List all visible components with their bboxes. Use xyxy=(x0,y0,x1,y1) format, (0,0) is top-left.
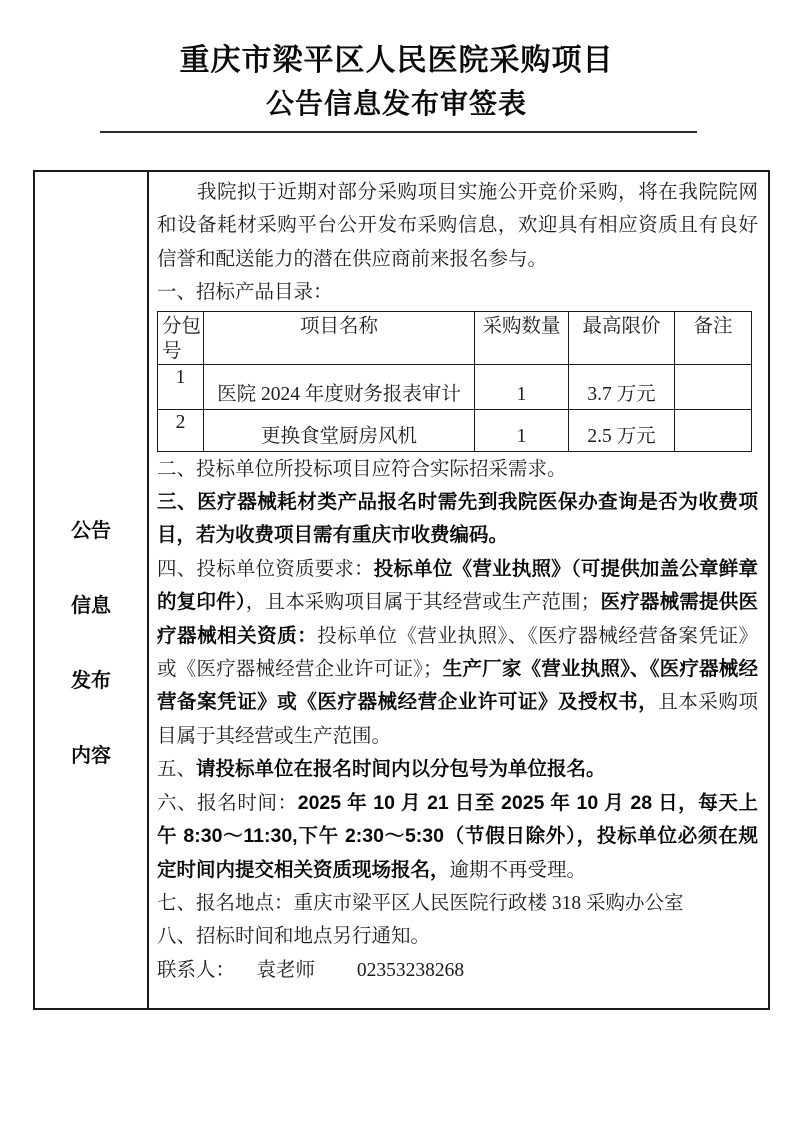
cell-package-no: 2 xyxy=(158,409,204,451)
document-page: 重庆市梁平区人民医院采购项目 公告信息发布审签表 公告 信息 发布 内容 我院拟… xyxy=(0,0,793,1122)
row-label-line: 信息 xyxy=(71,595,111,618)
cell-package-no: 1 xyxy=(158,364,204,409)
paragraph-item-6: 六、报名时间：2025 年 10 月 21 日至 2025 年 10 月 28 … xyxy=(157,787,758,887)
col-header-package-no: 分包号 xyxy=(158,311,204,364)
cell-item-name: 更换食堂厨房风机 xyxy=(204,409,475,451)
doc-title-line-2: 公告信息发布审签表 xyxy=(0,85,793,122)
cell-remark xyxy=(675,364,752,409)
cell-remark xyxy=(675,409,752,451)
cell-quantity: 1 xyxy=(475,364,569,409)
form-row-content: 我院拟于近期对部分采购项目实施公开竞价采购，将在我院院网和设备耗材采购平台公开发… xyxy=(149,172,768,1008)
cell-quantity: 1 xyxy=(475,409,569,451)
contact-label: 联系人： xyxy=(157,960,235,981)
contact-line: 联系人： 袁老师 02353238268 xyxy=(157,954,758,987)
catalog-row-1: 1 医院 2024 年度财务报表审计 1 3.7 万元 xyxy=(158,364,752,409)
doc-title-line-1: 重庆市梁平区人民医院采购项目 xyxy=(0,42,793,79)
title-underline xyxy=(100,131,697,133)
row-label-line: 发布 xyxy=(71,670,111,693)
catalog-heading: 一、招标产品目录： xyxy=(157,276,758,309)
row-label-line: 内容 xyxy=(71,745,111,768)
col-header-remark: 备注 xyxy=(675,311,752,364)
paragraph-item-5: 五、请投标单位在报名时间内以分包号为单位报名。 xyxy=(157,753,758,786)
intro-paragraph: 我院拟于近期对部分采购项目实施公开竞价采购，将在我院院网和设备耗材采购平台公开发… xyxy=(157,176,758,276)
catalog-header-row: 分包号 项目名称 采购数量 最高限价 备注 xyxy=(158,311,752,364)
row-label-line: 公告 xyxy=(71,520,111,543)
cell-max-price: 3.7 万元 xyxy=(569,364,675,409)
approval-form-table: 公告 信息 发布 内容 我院拟于近期对部分采购项目实施公开竞价采购，将在我院院网… xyxy=(33,170,770,1010)
catalog-row-2: 2 更换食堂厨房风机 1 2.5 万元 xyxy=(158,409,752,451)
paragraph-item-2: 二、投标单位所投标项目应符合实际招采需求。 xyxy=(157,453,758,486)
paragraph-item-4: 四、投标单位资质要求：投标单位《营业执照》（可提供加盖公章鲜章的复印件），且本采… xyxy=(157,553,758,753)
paragraph-item-8: 八、招标时间和地点另行通知。 xyxy=(157,920,758,953)
contact-phone: 02353238268 xyxy=(357,960,464,981)
form-row-label: 公告 信息 发布 内容 xyxy=(35,172,149,1008)
cell-item-name: 医院 2024 年度财务报表审计 xyxy=(204,364,475,409)
paragraph-item-7: 七、报名地点：重庆市梁平区人民医院行政楼 318 采购办公室 xyxy=(157,887,758,920)
col-header-item-name: 项目名称 xyxy=(204,311,475,364)
paragraph-item-3: 三、医疗器械耗材类产品报名时需先到我院医保办查询是否为收费项目，若为收费项目需有… xyxy=(157,486,758,553)
cell-max-price: 2.5 万元 xyxy=(569,409,675,451)
col-header-quantity: 采购数量 xyxy=(475,311,569,364)
contact-name: 袁老师 xyxy=(256,960,315,981)
product-catalog-table: 分包号 项目名称 采购数量 最高限价 备注 1 医院 2024 年度财务报表审计… xyxy=(157,311,752,452)
col-header-max-price: 最高限价 xyxy=(569,311,675,364)
